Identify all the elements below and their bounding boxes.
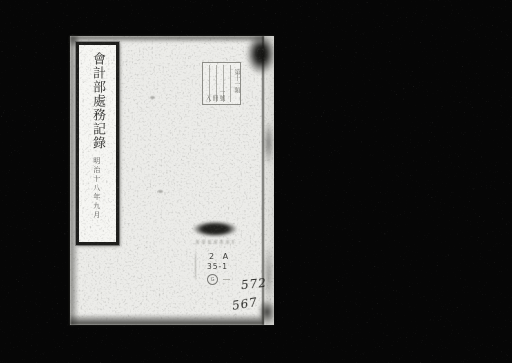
label-volume-field: 冊 bbox=[211, 95, 217, 101]
pencil-mark bbox=[150, 96, 155, 99]
title-slip: 會計部處務記錄 明治十八年九月 bbox=[76, 42, 119, 245]
top-right-corner-smudge bbox=[246, 33, 276, 75]
faint-illegible-text bbox=[196, 240, 234, 244]
right-edge-smudge bbox=[263, 244, 274, 304]
label-class-field: 第十一類 bbox=[233, 69, 239, 93]
shelf-number-line2: 35-1 bbox=[207, 262, 228, 271]
right-edge-smudge bbox=[263, 120, 274, 166]
book-date-vertical-text: 明治十八年九月 bbox=[92, 157, 102, 220]
cover-bottom-edge-shading bbox=[70, 314, 274, 325]
margin-squiggle bbox=[195, 251, 198, 281]
ink-smudge-bar bbox=[192, 221, 238, 237]
bottom-right-corner-smudge bbox=[258, 299, 276, 325]
library-stamp-block: 2 A 35-1 G bbox=[192, 221, 242, 301]
classification-label: 第十一類 一號 冊 入 bbox=[202, 62, 241, 105]
seal-side-dash bbox=[223, 279, 230, 280]
book-title-vertical-text: 會計部處務記錄 bbox=[88, 52, 107, 150]
scanned-page: 會計部處務記錄 明治十八年九月 第十一類 一號 冊 入 2 A 35-1 G bbox=[0, 0, 512, 363]
label-rule-line bbox=[230, 65, 231, 102]
shelf-number-line1: 2 A bbox=[209, 252, 231, 261]
pencil-mark bbox=[158, 190, 163, 193]
handwritten-number-upper: 572 bbox=[240, 276, 267, 293]
label-entry-field: 入 bbox=[204, 95, 210, 101]
circular-seal-mark: G bbox=[207, 274, 218, 285]
label-number-field: 一號 bbox=[218, 89, 224, 101]
